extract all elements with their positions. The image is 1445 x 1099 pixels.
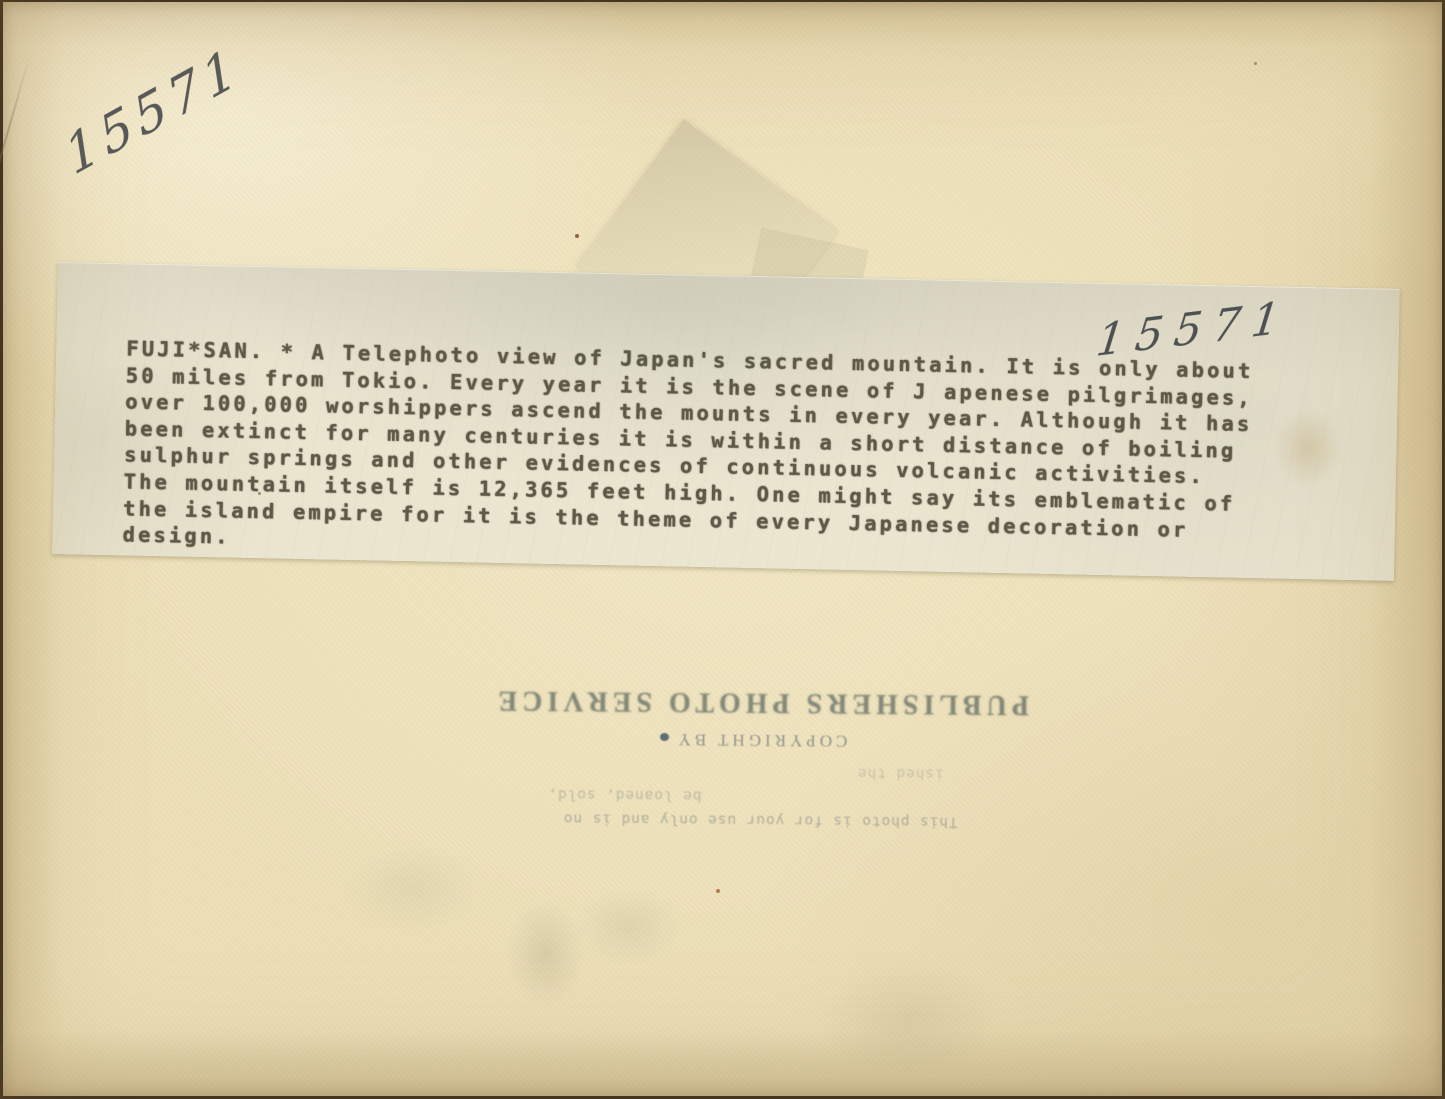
ink-blot: [660, 733, 669, 741]
caption-text: FUJI*SAN. * A Telephoto view of Japan's …: [122, 335, 1358, 572]
stain-speck: [1254, 62, 1257, 65]
stain-speck: [258, 492, 261, 495]
stain-speck: [716, 889, 720, 893]
stain-speck: [575, 234, 579, 238]
photo-verso-scan: 15571 FUJI*SAN. * A Telephoto view of Ja…: [0, 0, 1445, 1099]
